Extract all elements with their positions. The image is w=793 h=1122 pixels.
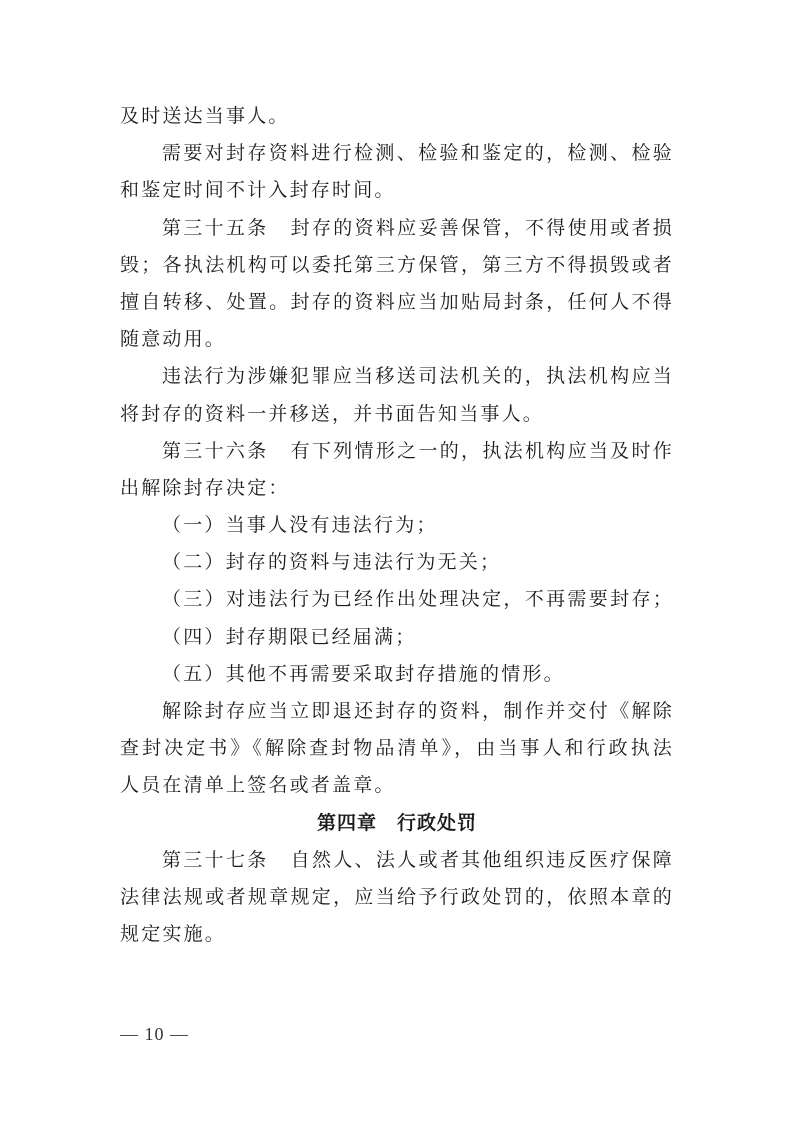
paragraph-line: 及时送达当事人。: [120, 98, 674, 135]
paragraph-line: 毁；各执法机构可以委托第三方保管，第三方不得损毁或者: [120, 247, 674, 284]
paragraph-line: 随意动用。: [120, 321, 674, 358]
line-text: 规定实施。: [120, 923, 226, 945]
paragraph-line: 和鉴定时间不计入封存时间。: [120, 172, 674, 209]
list-item: （五）其他不再需要采取封存措施的情形。: [120, 656, 674, 693]
paragraph-line: 查封决定书》《解除查封物品清单》，由当事人和行政执法: [120, 730, 674, 767]
paragraph-line: 解除封存应当立即退还封存的资料，制作并交付《解除: [120, 693, 674, 730]
line-text: 毁；各执法机构可以委托第三方保管，第三方不得损毁或者: [120, 254, 674, 276]
article-36-line: 第三十六条有下列情形之一的，执法机构应当及时作: [120, 433, 674, 470]
chapter-title: 第四章 行政处罚: [317, 812, 477, 834]
chapter-heading: 第四章 行政处罚: [120, 805, 674, 842]
line-text: 随意动用。: [120, 328, 226, 350]
line-text: 和鉴定时间不计入封存时间。: [120, 179, 396, 201]
list-item: （一）当事人没有违法行为；: [120, 507, 674, 544]
paragraph-line: 擅自转移、处置。封存的资料应当加贴局封条，任何人不得: [120, 284, 674, 321]
line-text: 违法行为涉嫌犯罪应当移送司法机关的，执法机构应当: [162, 365, 674, 387]
list-item: （三）对违法行为已经作出处理决定，不再需要封存；: [120, 581, 674, 618]
document-body: 及时送达当事人。 需要对封存资料进行检测、检验和鉴定的，检测、检验 和鉴定时间不…: [120, 98, 674, 953]
article-number: 第三十七条: [162, 849, 269, 871]
line-text: （三）对违法行为已经作出处理决定，不再需要封存；: [162, 588, 674, 610]
article-number: 第三十五条: [162, 217, 269, 239]
line-text: 出解除封存决定：: [120, 477, 290, 499]
line-text: 及时送达当事人。: [120, 105, 290, 127]
article-35-line: 第三十五条封存的资料应妥善保管，不得使用或者损: [120, 210, 674, 247]
line-text: 法律法规或者规章规定，应当给予行政处罚的，依照本章的: [120, 886, 674, 908]
paragraph-line: 法律法规或者规章规定，应当给予行政处罚的，依照本章的: [120, 879, 674, 916]
line-text: 自然人、法人或者其他组织违反医疗保障: [291, 849, 674, 871]
line-text: （四）封存期限已经届满；: [162, 626, 416, 648]
paragraph-line: 违法行为涉嫌犯罪应当移送司法机关的，执法机构应当: [120, 358, 674, 395]
line-text: 封存的资料应妥善保管，不得使用或者损: [291, 217, 674, 239]
paragraph-line: 需要对封存资料进行检测、检验和鉴定的，检测、检验: [120, 135, 674, 172]
line-text: （五）其他不再需要采取封存措施的情形。: [162, 663, 565, 685]
line-text: 查封决定书》《解除查封物品清单》，由当事人和行政执法: [120, 737, 674, 759]
line-text: 有下列情形之一的，执法机构应当及时作: [291, 440, 674, 462]
article-number: 第三十六条: [162, 440, 269, 462]
line-text: （一）当事人没有违法行为；: [162, 514, 438, 536]
line-text: 人员在清单上签名或者盖章。: [120, 774, 396, 796]
paragraph-line: 将封存的资料一并移送，并书面告知当事人。: [120, 396, 674, 433]
paragraph-line: 出解除封存决定：: [120, 470, 674, 507]
line-text: 需要对封存资料进行检测、检验和鉴定的，检测、检验: [162, 142, 674, 164]
line-text: 将封存的资料一并移送，并书面告知当事人。: [120, 403, 544, 425]
article-37-line: 第三十七条自然人、法人或者其他组织违反医疗保障: [120, 842, 674, 879]
line-text: 解除封存应当立即退还封存的资料，制作并交付《解除: [162, 700, 674, 722]
line-text: 擅自转移、处置。封存的资料应当加贴局封条，任何人不得: [120, 291, 674, 313]
paragraph-line: 人员在清单上签名或者盖章。: [120, 767, 674, 804]
page-number: — 10 —: [120, 1024, 189, 1045]
document-page: 及时送达当事人。 需要对封存资料进行检测、检验和鉴定的，检测、检验 和鉴定时间不…: [0, 0, 793, 1122]
list-item: （二）封存的资料与违法行为无关；: [120, 544, 674, 581]
line-text: （二）封存的资料与违法行为无关；: [162, 551, 501, 573]
paragraph-line: 规定实施。: [120, 916, 674, 953]
list-item: （四）封存期限已经届满；: [120, 619, 674, 656]
